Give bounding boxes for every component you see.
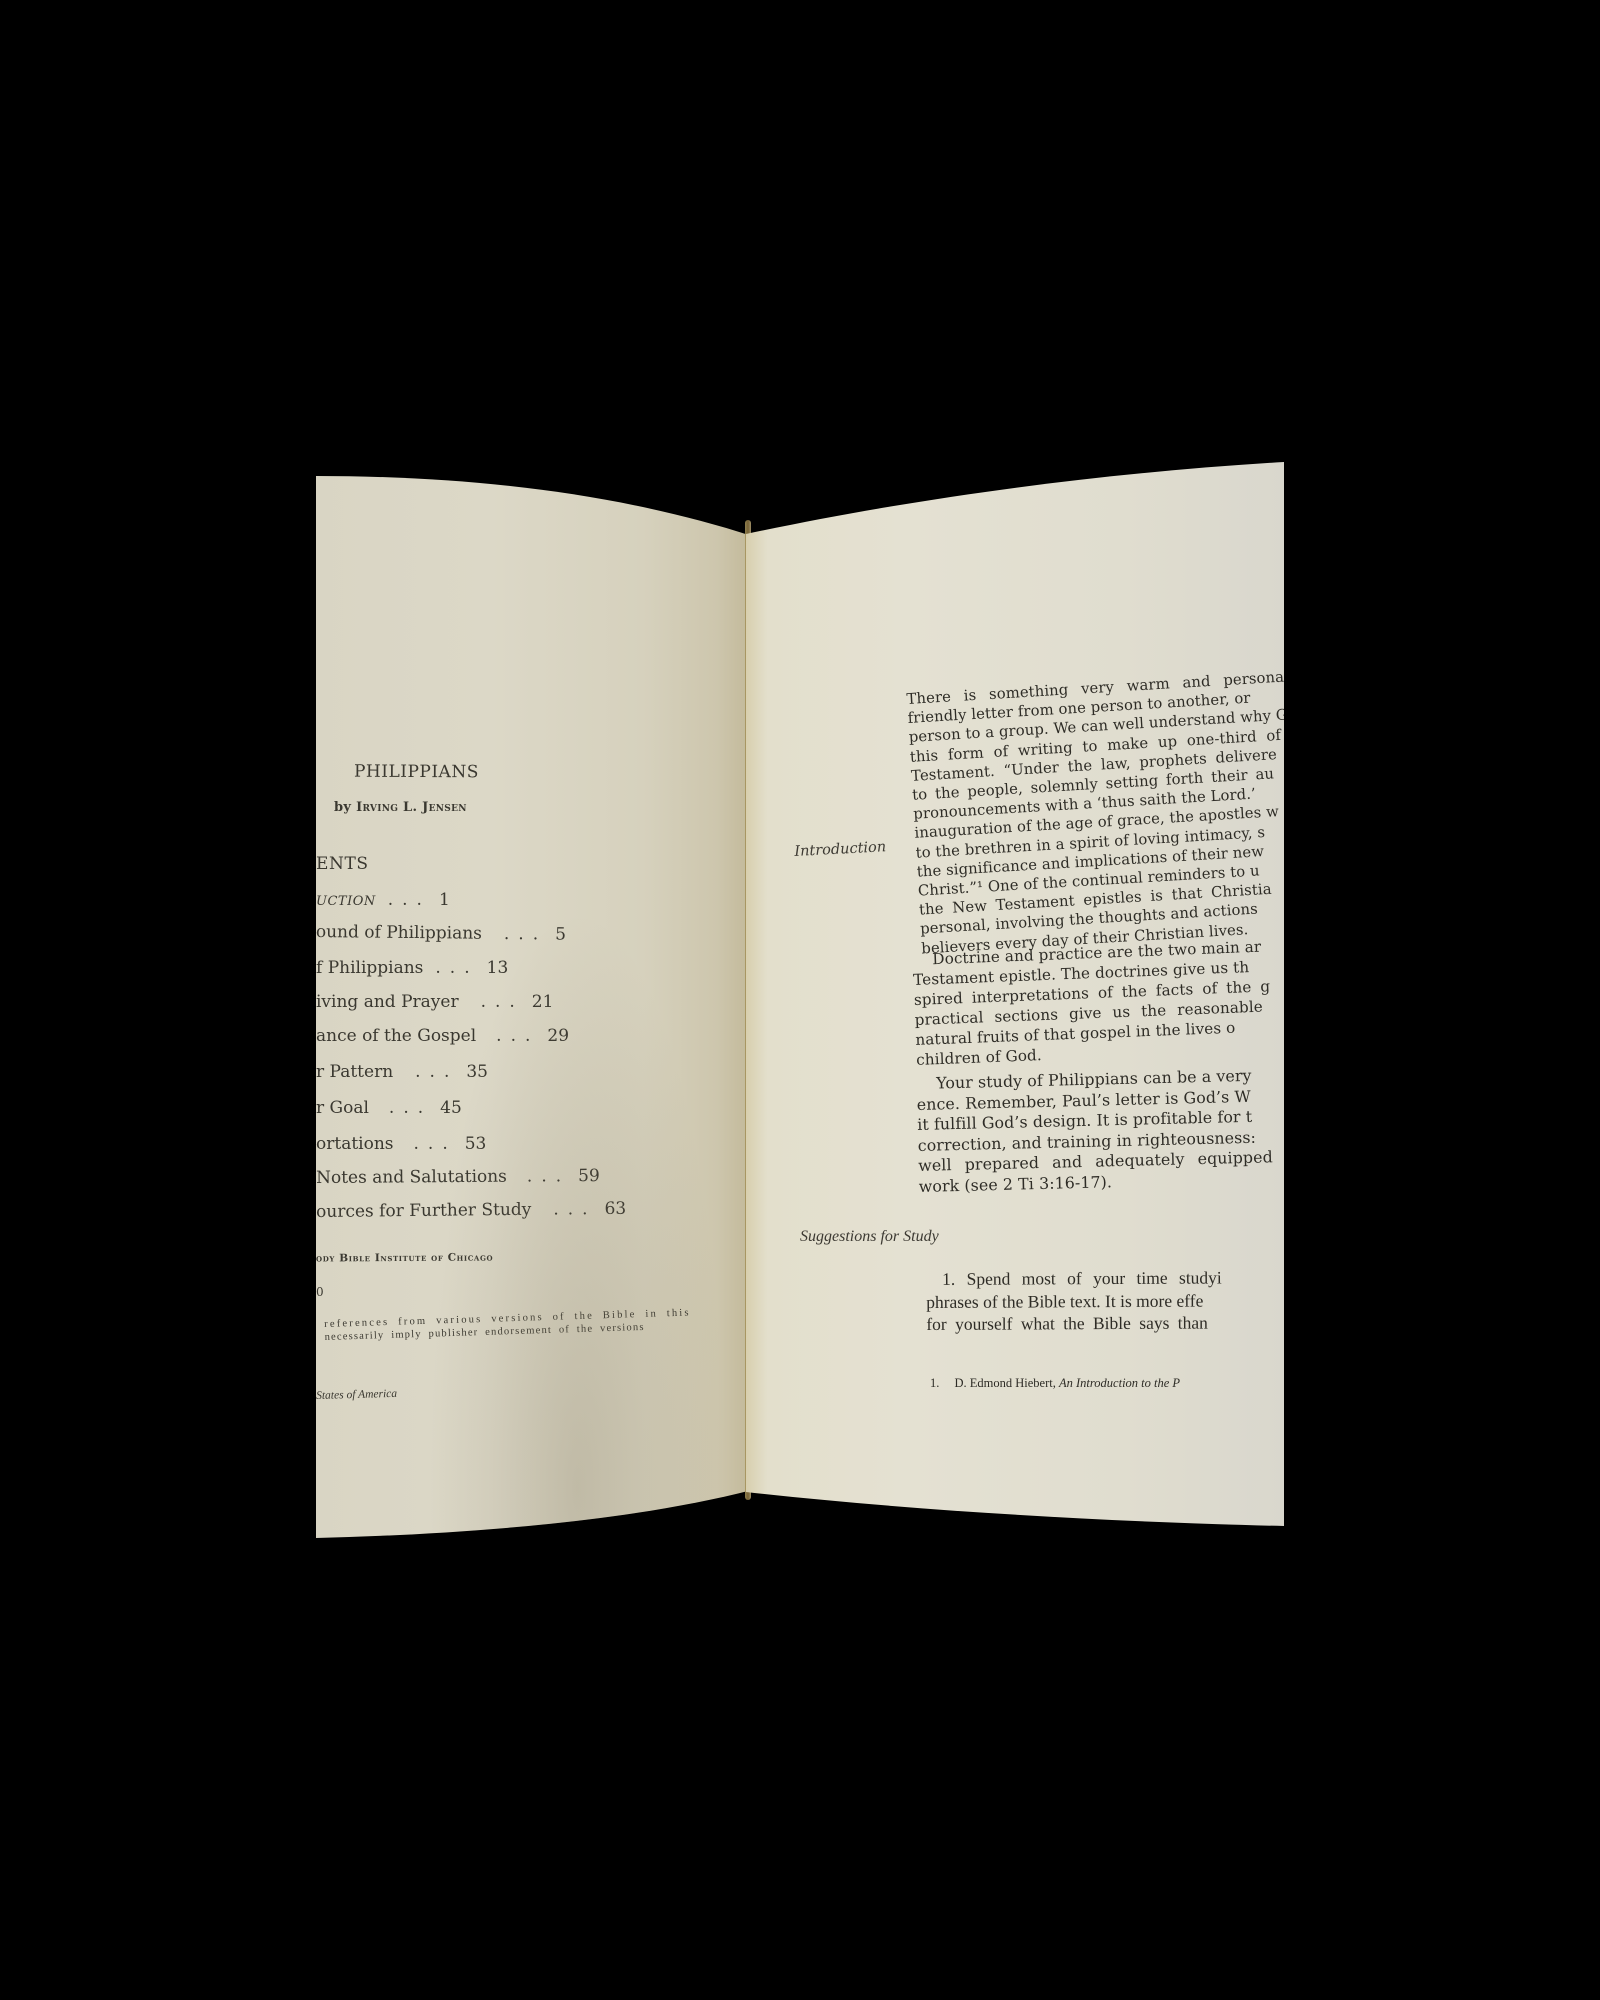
author-prefix: by	[334, 800, 351, 815]
study-paragraph: Your study of Philippians can be a very …	[916, 1064, 1284, 1197]
toc-leader: ...	[504, 924, 547, 944]
contents-heading: ENTS	[316, 854, 369, 874]
introduction-margin-label: Introduction	[794, 839, 887, 860]
toc-leader: ...	[496, 1026, 539, 1046]
toc-entry: UCTION...1	[316, 890, 450, 910]
toc-page: 29	[547, 1026, 569, 1046]
toc-label: Notes and Salutations	[316, 1167, 507, 1188]
footnote: 1. D. Edmond Hiebert, An Introduction to…	[930, 1376, 1180, 1391]
toc-leader: ...	[435, 958, 478, 978]
toc-label: ance of the Gospel	[316, 1026, 476, 1046]
toc-label: ources for Further Study	[316, 1200, 531, 1222]
toc-leader: ...	[527, 1166, 570, 1186]
toc-page: 21	[532, 992, 554, 1012]
printed-in-line: States of America	[316, 1388, 397, 1402]
footnote-title: An Introduction to the P	[1059, 1376, 1180, 1390]
toc-label: UCTION	[316, 894, 376, 909]
toc-entry: iving and Prayer...21	[316, 992, 553, 1012]
toc-entry: r Pattern...35	[316, 1062, 488, 1082]
suggestions-heading: Suggestions for Study	[800, 1228, 939, 1246]
author-name: Irving L. Jensen	[356, 800, 467, 815]
right-page: Introduction There is something very war…	[746, 460, 1284, 1530]
text-line: for yourself what the Bible says than	[926, 1311, 1284, 1336]
toc-leader: ...	[389, 1098, 432, 1118]
copyright-fragment: 0	[316, 1285, 324, 1299]
toc-leader: ...	[414, 1134, 457, 1154]
toc-leader: ...	[553, 1199, 596, 1219]
toc-label: ortations	[316, 1134, 394, 1154]
toc-label: ound of Philippians	[316, 922, 482, 944]
suggestion-item-1: 1. Spend most of your time studyi phrase…	[926, 1266, 1284, 1336]
toc-label: f Philippians	[316, 958, 423, 978]
toc-leader: ...	[388, 890, 431, 910]
toc-label: iving and Prayer	[316, 992, 459, 1012]
toc-page: 53	[465, 1134, 487, 1154]
toc-entry: ance of the Gospel...29	[316, 1026, 569, 1046]
book-title: PHILIPPIANS	[354, 762, 479, 783]
toc-page: 5	[555, 925, 566, 945]
toc-page: 45	[440, 1098, 462, 1118]
toc-label: r Pattern	[316, 1062, 393, 1082]
footnote-number: 1.	[930, 1376, 939, 1390]
toc-entry: f Philippians...13	[316, 958, 508, 978]
doctrine-paragraph: Doctrine and practice are the two main a…	[912, 934, 1284, 1070]
toc-entry: ound of Philippians...5	[316, 922, 566, 945]
toc-entry: ources for Further Study...63	[316, 1199, 626, 1222]
footnote-author: D. Edmond Hiebert,	[955, 1376, 1056, 1390]
toc-entry: r Goal...45	[316, 1098, 462, 1118]
introduction-body: There is something very warm and persona…	[906, 665, 1284, 958]
left-page: PHILIPPIANS by Irving L. Jensen ENTS UCT…	[316, 470, 752, 1542]
toc-leader: ...	[481, 992, 524, 1012]
publisher-line: ody Bible Institute of Chicago	[316, 1252, 493, 1265]
toc-leader: ...	[415, 1062, 458, 1082]
bible-versions-notice: references from various versions of the …	[324, 1306, 691, 1344]
author-line: by Irving L. Jensen	[334, 800, 467, 815]
toc-entry: Notes and Salutations...59	[316, 1166, 600, 1188]
toc-entry: ortations...53	[316, 1134, 486, 1154]
toc-page: 59	[578, 1166, 600, 1186]
toc-page: 1	[439, 890, 450, 910]
toc-page: 63	[604, 1199, 626, 1219]
text-line: 1. Spend most of your time studyi	[926, 1266, 1284, 1291]
toc-page: 13	[487, 958, 509, 978]
toc-label: r Goal	[316, 1098, 369, 1118]
toc-page: 35	[466, 1062, 488, 1082]
text-line: phrases of the Bible text. It is more ef…	[926, 1288, 1284, 1313]
